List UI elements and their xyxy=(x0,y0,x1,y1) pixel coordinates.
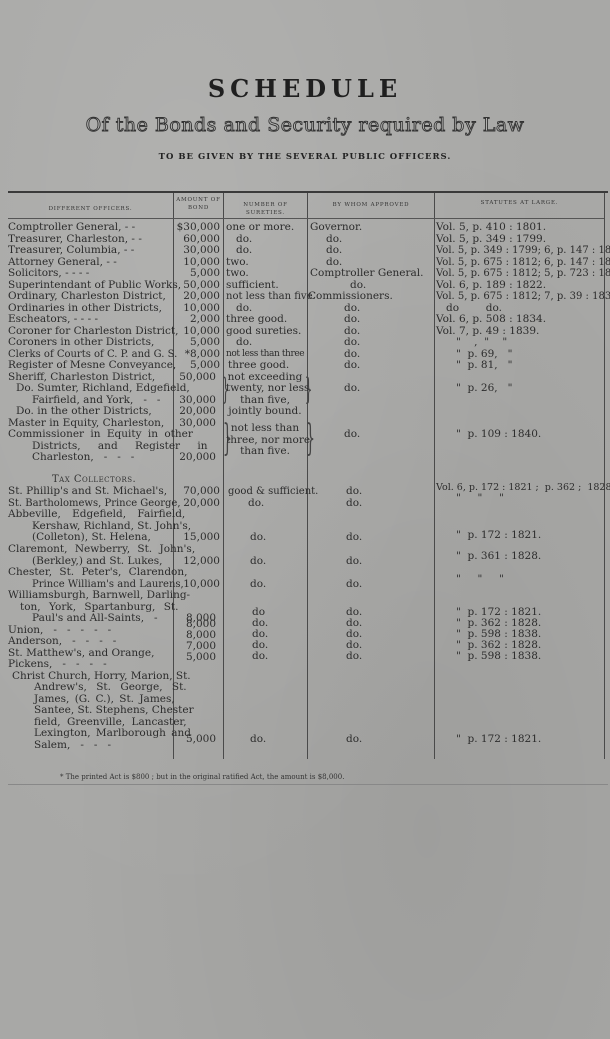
bond-amount: 20,000 xyxy=(174,406,216,418)
approved-by: do. xyxy=(346,651,362,663)
officer-name: Williamsburgh, Barnwell, Darling- xyxy=(8,590,190,602)
officer-name: Lexington, Marlborough and xyxy=(34,728,191,740)
officer-name: Treasurer, Columbia, - - xyxy=(8,245,134,257)
officer-name: Ordinary, Charleston District, xyxy=(8,291,166,303)
sureties: than five. xyxy=(226,446,304,458)
document-subtitle-secondary: TO BE GIVEN BY THE SEVERAL PUBLIC OFFICE… xyxy=(0,152,610,162)
bond-amount: 5,000 xyxy=(174,268,220,280)
bond-amount: 5,000 xyxy=(174,652,216,664)
approved-by: do. xyxy=(346,532,362,544)
bond-amount: $30,000 xyxy=(174,222,220,234)
officer-name: Commissioner in Equity in other xyxy=(8,429,193,441)
bond-amount: 70,000 xyxy=(174,486,220,498)
section-heading-tax-collectors: Tax Collectors. xyxy=(52,474,136,485)
bond-amount: 5,000 xyxy=(174,337,220,349)
approved-by: do. xyxy=(346,498,362,510)
bond-amount: 20,000 xyxy=(174,452,216,464)
statute-ref: " p. 81, " xyxy=(456,360,512,372)
sureties: do. xyxy=(250,579,266,591)
officer-name: Andrew's, St. George, St. xyxy=(34,682,187,694)
sureties: not less than xyxy=(226,423,304,435)
statute-ref: Vol. 5, p. 349 : 1799; 6, p. 147 : 1820. xyxy=(436,245,610,257)
officer-name: Chester, St. Peter's, Clarendon, xyxy=(8,567,187,579)
column-header-sureties: NUMBER OF SURETIES. xyxy=(224,201,307,217)
sureties: do. xyxy=(248,498,264,510)
sureties: jointly bound. xyxy=(226,406,304,418)
officer-name: Solicitors, - - - - xyxy=(8,268,89,280)
officer-name: Salem, - - - xyxy=(34,740,111,752)
approved-by: do. xyxy=(344,383,360,395)
statute-ref: Vol. 5, p. 349 : 1799. xyxy=(436,234,546,246)
approved-by: do. xyxy=(344,337,360,349)
approved-by: do. xyxy=(344,314,360,326)
approved-by: do. xyxy=(326,245,342,257)
approved-by: Governor. xyxy=(310,222,362,234)
header-rule xyxy=(8,218,604,219)
bottom-rule xyxy=(8,784,608,785)
column-header-amount: AMOUNT OF BOND xyxy=(174,196,223,212)
statute-ref: " " " xyxy=(456,574,504,586)
statute-ref: Vol. 5, p. 675 : 1812; 5, p. 723 : 1814. xyxy=(436,268,610,280)
approved-by: Comptroller General. xyxy=(310,268,423,280)
column-header-approved: BY WHOM APPROVED xyxy=(308,201,434,209)
sureties: do. xyxy=(252,651,268,663)
column-divider xyxy=(223,193,224,759)
officer-name: Santee, St. Stephens, Chester xyxy=(34,705,194,717)
sureties: sufficient. xyxy=(226,280,279,292)
statute-ref: Vol. 6, p. 508 : 1834. xyxy=(436,314,546,326)
statute-ref: " , " " xyxy=(456,337,507,349)
sureties: twenty, nor less xyxy=(226,383,304,395)
officer-name: Escheators, - - - - xyxy=(8,314,98,326)
approved-by: do. xyxy=(346,486,362,498)
sureties: do. xyxy=(250,532,266,544)
statute-ref: Vol. 5, p. 675 : 1812; 7, p. 39 : 1839. xyxy=(436,291,610,303)
bond-amount: 50,000 xyxy=(174,372,216,384)
table-top-rule xyxy=(8,191,608,193)
approved-by: do. xyxy=(346,734,362,746)
sureties: two. xyxy=(226,268,249,280)
statute-ref: " p. 598 : 1838. xyxy=(456,651,541,663)
approved-by: Commissioners. xyxy=(308,291,393,303)
approved-by: do. xyxy=(344,360,360,372)
bond-amount: 2,000 xyxy=(174,314,220,326)
statute-ref: " " " xyxy=(456,493,504,505)
sureties: not less than five. xyxy=(226,291,316,303)
sureties: do. xyxy=(250,734,266,746)
statute-ref: Vol. 6, p. 189 : 1822. xyxy=(436,280,546,292)
bracket-icon: } xyxy=(306,414,315,464)
officer-name: Anderson, - - - - xyxy=(8,636,116,648)
officer-name: St. Phillip's and St. Michael's, xyxy=(8,486,167,498)
officer-name: Coroners in other Districts, xyxy=(8,337,154,349)
bond-amount: 15,000 xyxy=(174,532,220,544)
sureties: three good. xyxy=(228,360,289,372)
statute-ref: " p. 172 : 1821. xyxy=(456,734,541,746)
column-divider xyxy=(434,193,435,759)
statute-ref: " p. 172 : 1821. xyxy=(456,530,541,542)
approved-by: do. xyxy=(344,429,360,441)
sureties: do. xyxy=(250,556,266,568)
officer-name: Do. Sumter, Richland, Edgefield, xyxy=(16,383,190,395)
column-header-statutes: STATUTES AT LARGE. xyxy=(435,199,604,207)
document-subtitle: Of the Bonds and Security required by La… xyxy=(0,114,610,136)
bond-amount: 20,000 xyxy=(174,291,220,303)
bond-amount: 30,000 xyxy=(174,245,220,257)
sureties: good & sufficient. xyxy=(228,486,318,498)
officer-name: Abbeville, Edgefield, Fairfield, xyxy=(8,509,185,521)
footnote: * The printed Act is $800 ; but in the o… xyxy=(60,773,344,781)
statute-ref: Vol. 5, p. 410 : 1801. xyxy=(436,222,546,234)
officer-name: (Colleton), St. Helena, xyxy=(32,532,151,544)
approved-by: do. xyxy=(346,579,362,591)
bond-amount: 30,000 xyxy=(174,418,216,430)
statute-ref: " p. 361 : 1828. xyxy=(456,551,541,563)
officer-name: Claremont, Newberry, St. John's, xyxy=(8,544,195,556)
document-title: SCHEDULE xyxy=(0,74,610,103)
sureties: do. xyxy=(236,245,252,257)
statute-ref: Vol. 5, p. 675 : 1812; 6, p. 147 : 1820. xyxy=(436,257,610,269)
approved-by: do. xyxy=(346,556,362,568)
sureties: one or more. xyxy=(226,222,294,234)
bond-amount: 5,000 xyxy=(174,360,220,372)
bond-amount: 5,000 xyxy=(174,734,216,746)
officer-name: Pickens, - - - - xyxy=(8,659,107,671)
officer-name: Do. in the other Districts, xyxy=(16,406,152,418)
officer-name: Paul's and All-Saints, - xyxy=(32,613,158,625)
column-header-officers: DIFFERENT OFFICERS. xyxy=(8,205,173,213)
statute-ref: " p. 109 : 1840. xyxy=(456,429,541,441)
bracket-icon: } xyxy=(305,370,313,410)
sureties: three good. xyxy=(226,314,287,326)
column-divider xyxy=(307,193,308,759)
document-page: SCHEDULE Of the Bonds and Security requi… xyxy=(0,0,610,1039)
officer-name: Comptroller General, - - xyxy=(8,222,135,234)
statute-ref: " p. 26, " xyxy=(456,383,512,395)
sureties: do. xyxy=(236,337,252,349)
officer-name: Register of Mesne Conveyance, xyxy=(8,360,176,372)
officer-name: Charleston, - - - xyxy=(32,452,134,464)
